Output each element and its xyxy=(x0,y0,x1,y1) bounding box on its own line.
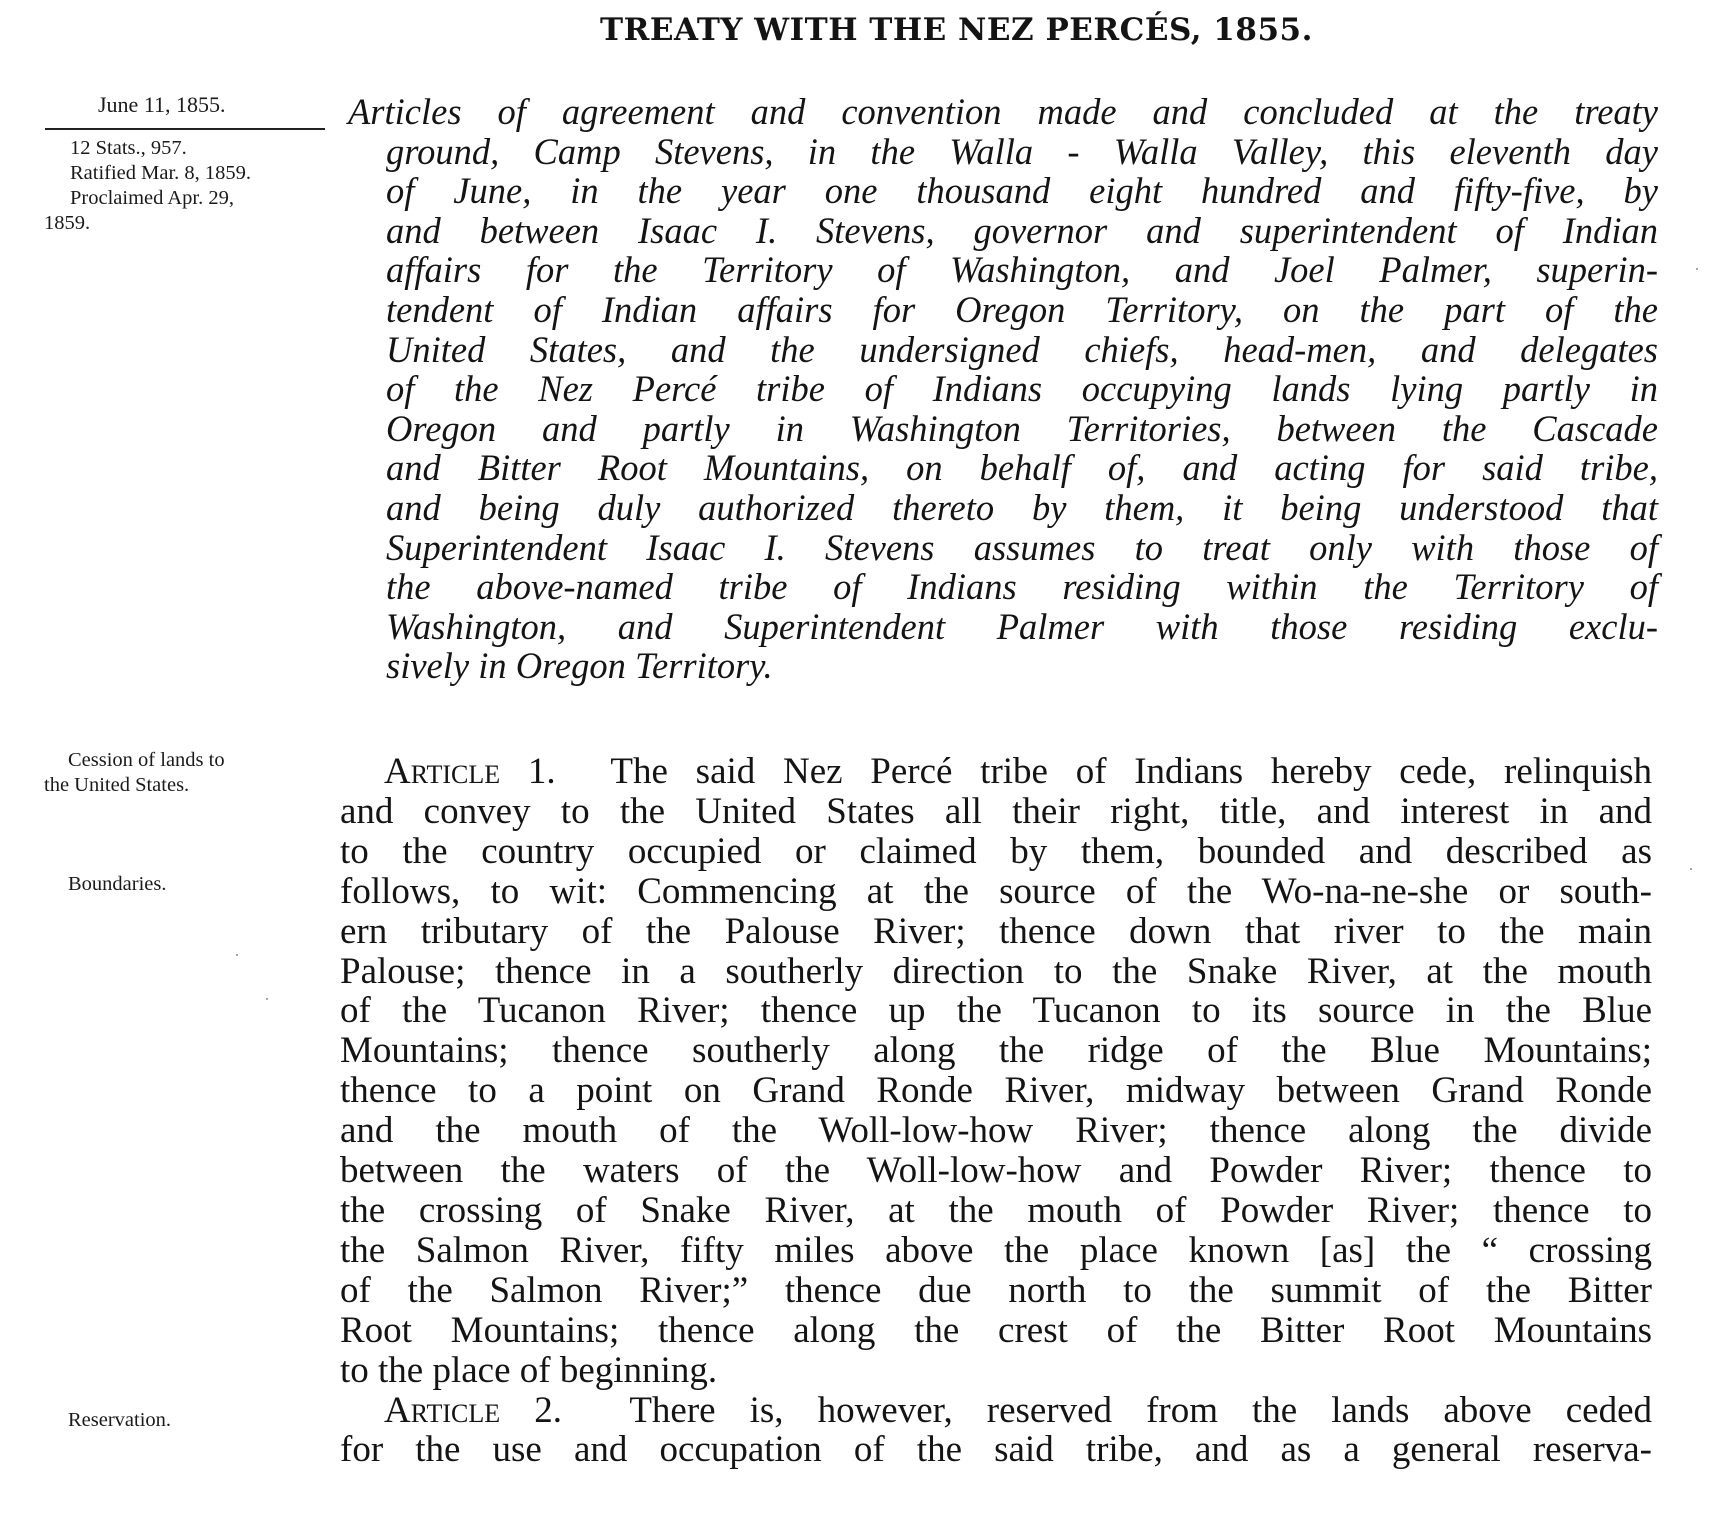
scan-speck xyxy=(1690,868,1692,870)
preamble-line: ground, Camp Stevens, in the Walla - Wal… xyxy=(348,132,1658,172)
preamble-line: Oregon and partly in Washington Territor… xyxy=(348,409,1658,449)
cession-note-line: Cession of lands to xyxy=(44,748,225,773)
article-line-text: The said Nez Percé tribe of Indians here… xyxy=(610,751,1652,792)
preamble-line: United States, and the undersigned chief… xyxy=(348,330,1658,370)
article-line: thence to a point on Grand Ronde River, … xyxy=(340,1071,1652,1111)
article-line: ern tributary of the Palouse River; then… xyxy=(340,912,1652,952)
preamble-line: Superintendent Isaac I. Stevens assumes … xyxy=(348,528,1658,568)
preamble-line: the above-named tribe of Indians residin… xyxy=(348,567,1658,607)
article-2-label: Article xyxy=(384,1390,500,1431)
article-line: to the place of beginning. xyxy=(340,1351,1652,1391)
preamble-line: Washington, and Superintendent Palmer wi… xyxy=(348,607,1658,647)
margin-note-date: June 11, 1855. xyxy=(98,92,226,117)
article-line: between the waters of the Woll-low-how a… xyxy=(340,1151,1652,1191)
article-line: Palouse; thence in a southerly direction… xyxy=(340,952,1652,992)
article-line: the crossing of Snake River, at the mout… xyxy=(340,1191,1652,1231)
preamble-line: and being duly authorized thereto by the… xyxy=(348,488,1658,528)
article-2-first-line: Article 2. There is, however, reserved f… xyxy=(340,1391,1652,1431)
article-line-text: There is, however, reserved from the lan… xyxy=(629,1390,1652,1431)
article-1: Article 1. The said Nez Percé tribe of I… xyxy=(340,752,1652,1391)
cession-note-line: the United States. xyxy=(44,773,225,798)
article-line: the Salmon River, fifty miles above the … xyxy=(340,1231,1652,1271)
scan-speck xyxy=(1696,268,1698,270)
article-line: for the use and occupation of the said t… xyxy=(340,1430,1652,1470)
citation-proclaimed-year: 1859. xyxy=(44,211,251,236)
margin-note-reservation: Reservation. xyxy=(68,1408,171,1433)
citation-ratified: Ratified Mar. 8, 1859. xyxy=(44,161,251,186)
article-line: to the country occupied or claimed by th… xyxy=(340,832,1652,872)
article-line: and convey to the United States all thei… xyxy=(340,792,1652,832)
article-line: of the Tucanon River; thence up the Tuca… xyxy=(340,991,1652,1031)
article-1-number: 1. xyxy=(528,751,556,792)
date-divider xyxy=(45,128,325,130)
margin-note-boundaries: Boundaries. xyxy=(68,872,167,897)
article-line: and the mouth of the Woll-low-how River;… xyxy=(340,1111,1652,1151)
preamble-paragraph: Articles of agreement and convention mad… xyxy=(348,92,1658,686)
article-2: Article 2. There is, however, reserved f… xyxy=(340,1391,1652,1471)
article-line: of the Salmon River;” thence due north t… xyxy=(340,1271,1652,1311)
margin-note-citation: 12 Stats., 957. Ratified Mar. 8, 1859. P… xyxy=(44,136,251,236)
article-1-first-line: Article 1. The said Nez Percé tribe of I… xyxy=(340,752,1652,792)
preamble-line: sively in Oregon Territory. xyxy=(348,646,1658,686)
article-1-label: Article xyxy=(384,751,500,792)
article-line: Mountains; thence southerly along the ri… xyxy=(340,1031,1652,1071)
article-line: follows, to wit: Commencing at the sourc… xyxy=(340,872,1652,912)
page-title: TREATY WITH THE NEZ PERCÉS, 1855. xyxy=(600,12,1313,48)
citation-statute: 12 Stats., 957. xyxy=(44,136,251,161)
scan-speck xyxy=(236,954,238,956)
preamble-line: of June, in the year one thousand eight … xyxy=(348,171,1658,211)
preamble-line: tendent of Indian affairs for Oregon Ter… xyxy=(348,290,1658,330)
articles-body: Article 1. The said Nez Percé tribe of I… xyxy=(340,752,1652,1470)
article-line: Root Mountains; thence along the crest o… xyxy=(340,1311,1652,1351)
preamble-line: and Bitter Root Mountains, on behalf of,… xyxy=(348,448,1658,488)
preamble-line: and between Isaac I. Stevens, governor a… xyxy=(348,211,1658,251)
scan-speck xyxy=(266,998,268,1000)
preamble-line: affairs for the Territory of Washington,… xyxy=(348,250,1658,290)
article-2-number: 2. xyxy=(534,1390,562,1431)
preamble-line: of the Nez Percé tribe of Indians occupy… xyxy=(348,369,1658,409)
margin-note-cession: Cession of lands to the United States. xyxy=(44,748,225,798)
preamble-line: Articles of agreement and convention mad… xyxy=(348,92,1658,132)
citation-proclaimed: Proclaimed Apr. 29, xyxy=(44,186,251,211)
